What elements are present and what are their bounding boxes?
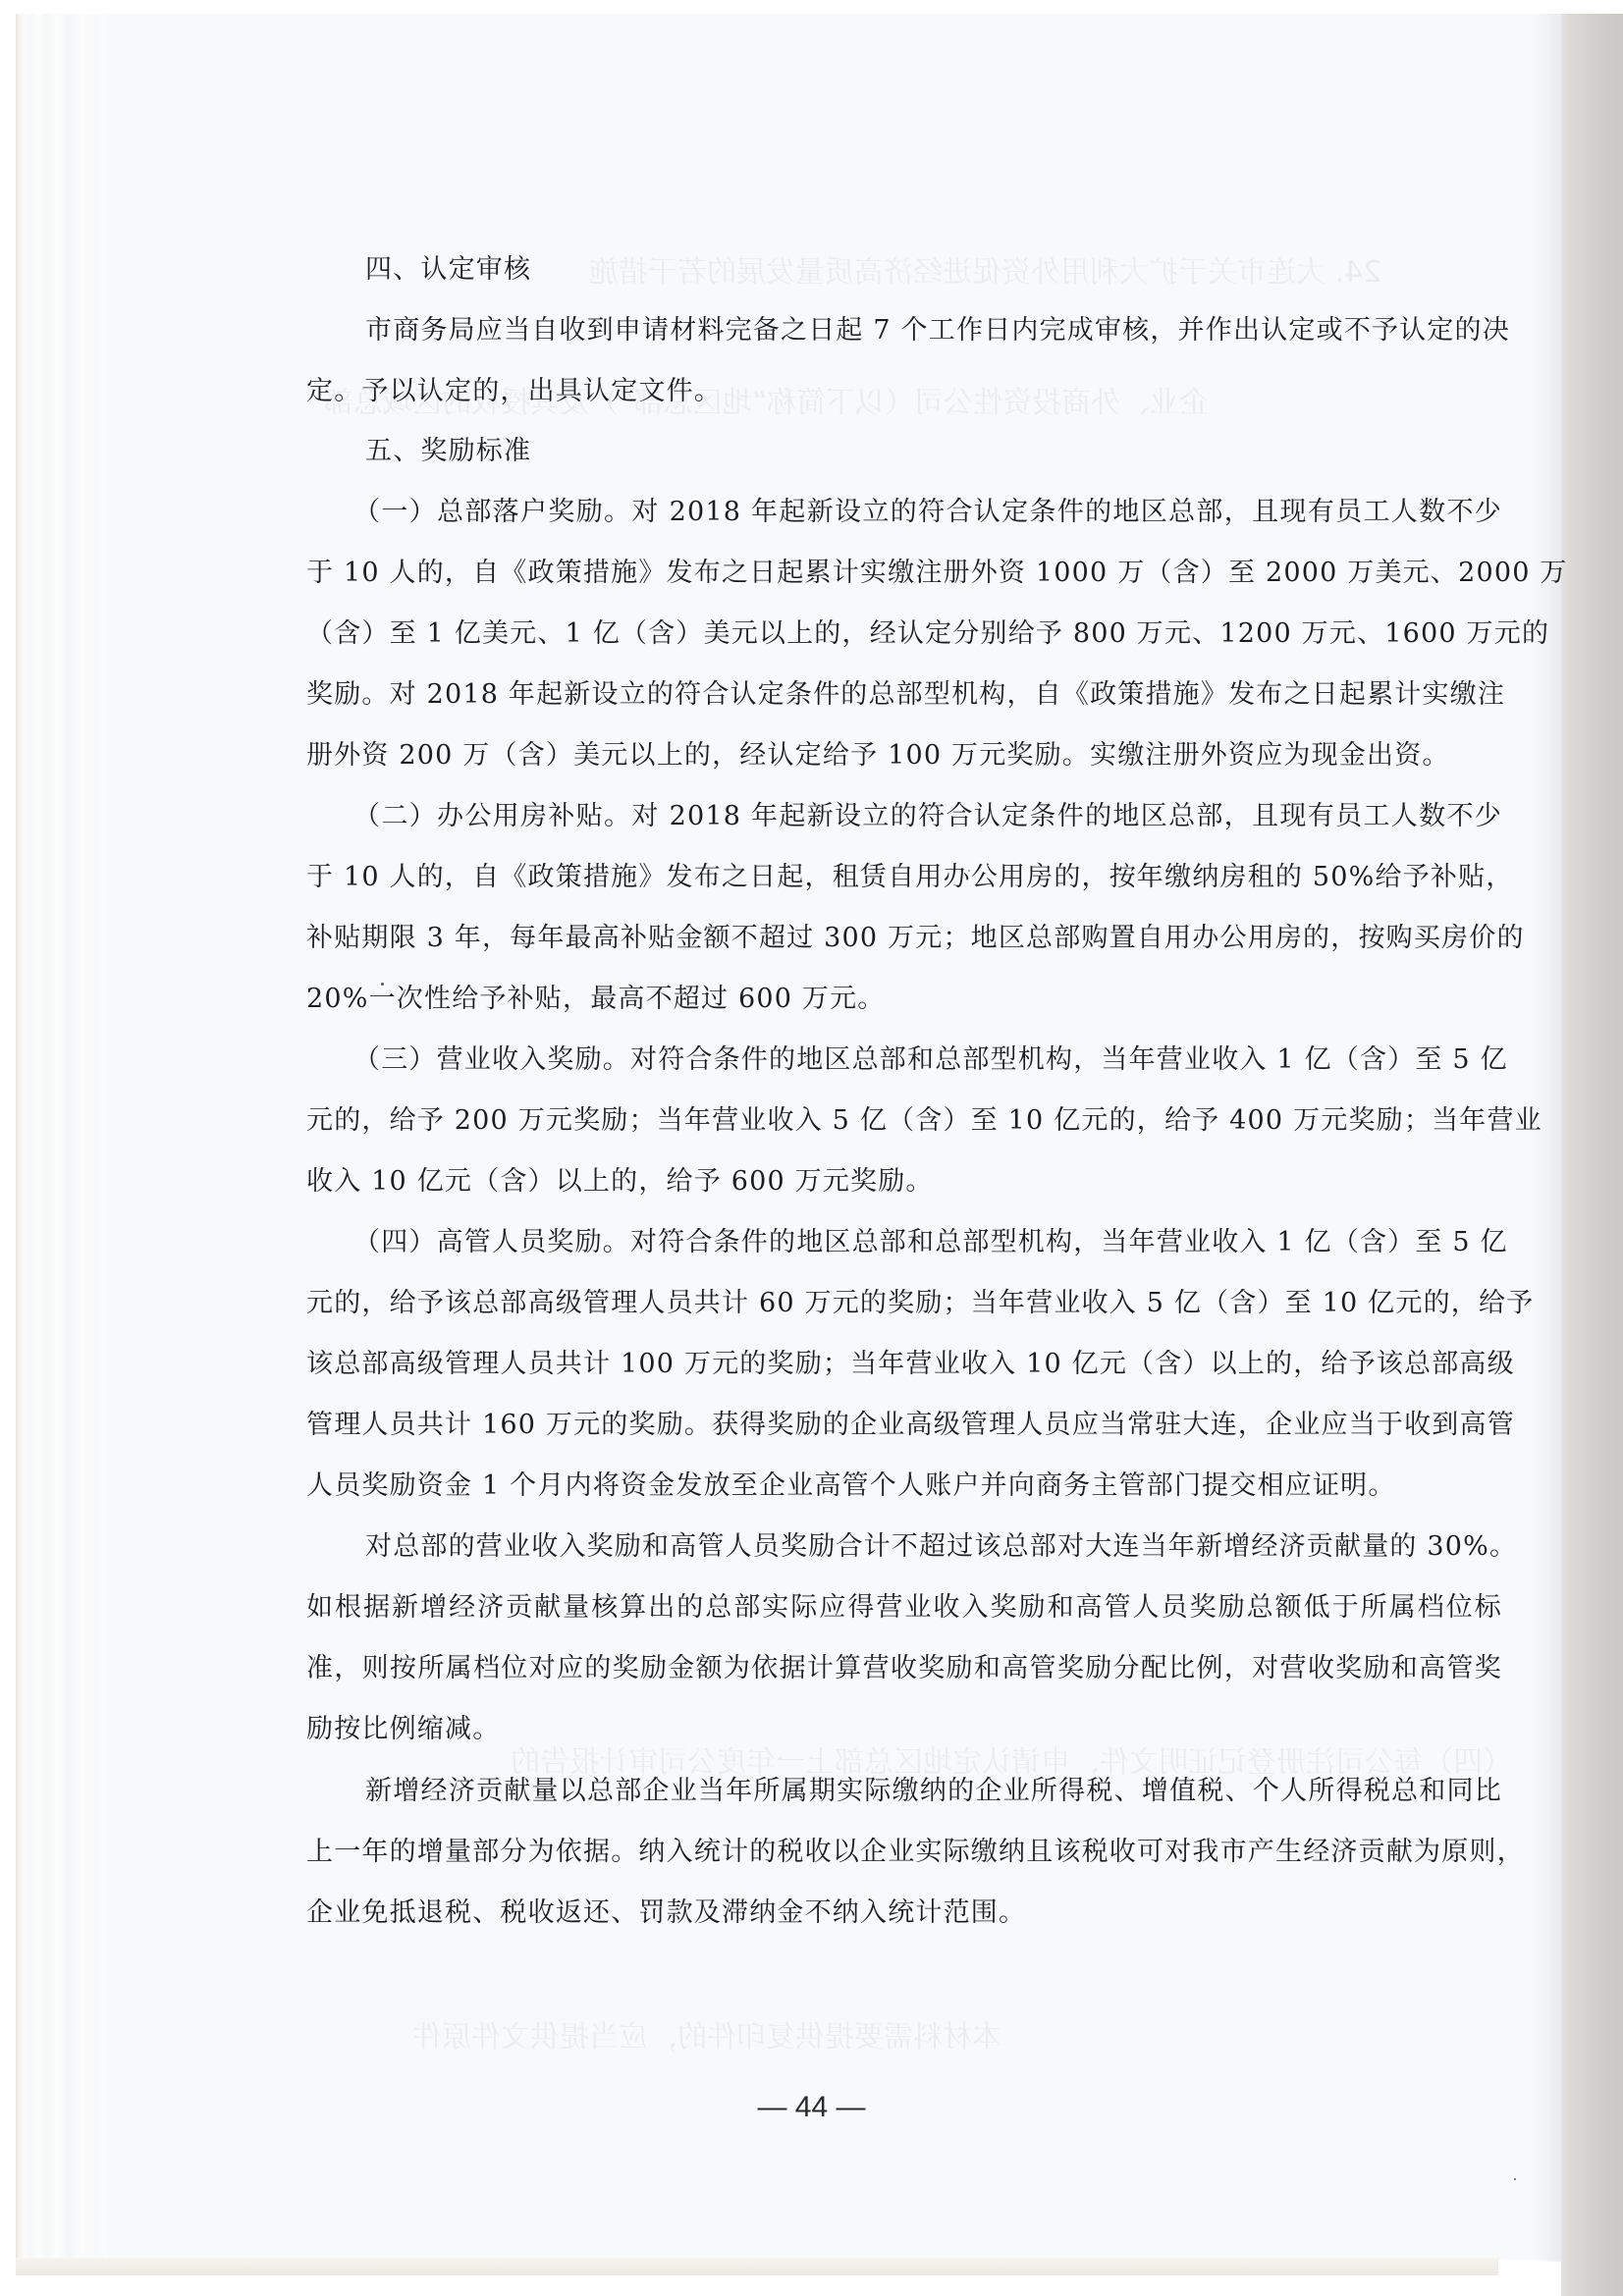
paragraph-line: （含）至 1 亿美元、1 亿（含）美元以上的，经认定分别给予 800 万元、12… — [306, 614, 1502, 654]
paragraph-line: （三）营业收入奖励。对符合条件的地区总部和总部型机构，当年营业收入 1 亿（含）… — [353, 1041, 1502, 1080]
paragraph-line: 定。予以认定的，出具认定文件。 — [306, 372, 722, 411]
page-stack-edge-left — [16, 14, 116, 2262]
paragraph-line: 于 10 人的，自《政策措施》发布之日起，租赁自用办公用房的，按年缴纳房租的 5… — [306, 858, 1502, 897]
scan-speck — [381, 983, 384, 986]
page-stack-edge-bottom — [16, 2258, 1498, 2275]
paragraph-line: 元的，给予该总部高级管理人员共计 60 万元的奖励；当年营业收入 5 亿（含）至… — [306, 1284, 1502, 1323]
bleed-through-text: 本材料需要提供复印件的，应当提供文件原件 — [412, 2012, 1001, 2056]
page-curl-shadow — [1532, 14, 1563, 2262]
paragraph-line: 励按比例缩减。 — [306, 1710, 500, 1749]
paragraph-line: 企业免抵退税、税收返还、罚款及滞纳金不纳入统计范围。 — [306, 1894, 1026, 1933]
scan-speck — [1514, 2178, 1516, 2180]
paragraph-line: 市商务局应当自收到申请材料完备之日起 7 个工作日内完成审核，并作出认定或不予认… — [365, 311, 1502, 350]
bleed-through-text: 24. 大连市关于扩大利用外资促进经济高质量发展的若干措施 — [589, 247, 1381, 291]
paragraph-line: 上一年的增量部分为依据。纳入统计的税收以企业实际缴纳且该税收可对我市产生经济贡献… — [306, 1833, 1502, 1872]
section-heading-review: 四、认定审核 — [365, 250, 531, 290]
scanner-bed-right-edge — [1561, 14, 1623, 2296]
paragraph-line: 收入 10 亿元（含）以上的，给予 600 万元奖励。 — [306, 1162, 934, 1201]
scan-top-margin — [0, 0, 1623, 14]
paragraph-line: 人员奖励资金 1 个月内将资金发放至企业高管个人账户并向商务主管部门提交相应证明… — [306, 1467, 1396, 1506]
paragraph-line: 册外资 200 万（含）美元以上的，经认定给予 100 万元奖励。实缴注册外资应… — [306, 736, 1450, 775]
paragraph-line: （四）高管人员奖励。对符合条件的地区总部和总部型机构，当年营业收入 1 亿（含）… — [353, 1223, 1502, 1262]
paragraph-line: （一）总部落户奖励。对 2018 年起新设立的符合认定条件的地区总部，且现有员工… — [353, 493, 1502, 532]
paragraph-line: （二）办公用房补贴。对 2018 年起新设立的符合认定条件的地区总部，且现有员工… — [353, 797, 1502, 836]
paragraph-line: 元的，给予 200 万元奖励；当年营业收入 5 亿（含）至 10 亿元的，给予 … — [306, 1101, 1502, 1141]
paragraph-line: 管理人员共计 160 万元的奖励。获得奖励的企业高级管理人员应当常驻大连，企业应… — [306, 1406, 1502, 1445]
paragraph-line: 奖励。对 2018 年起新设立的符合认定条件的总部型机构，自《政策措施》发布之日… — [306, 675, 1502, 715]
section-heading-reward-standards: 五、奖励标准 — [365, 432, 531, 471]
paragraph-line: 准，则按所属档位对应的奖励金额为依据计算营收奖励和高管奖励分配比例，对营收奖励和… — [306, 1649, 1502, 1688]
paragraph-line: 对总部的营业收入奖励和高管人员奖励合计不超过该总部对大连当年新增经济贡献量的 3… — [365, 1527, 1502, 1567]
scan-speck — [968, 870, 970, 872]
page-number: — 44 — — [0, 2091, 1623, 2124]
paragraph-line: 于 10 人的，自《政策措施》发布之日起累计实缴注册外资 1000 万（含）至 … — [306, 554, 1502, 593]
paragraph-line: 新增经济贡献量以总部企业当年所属期实际缴纳的企业所得税、增值税、个人所得税总和同… — [365, 1772, 1502, 1811]
paragraph-line: 20%一次性给予补贴，最高不超过 600 万元。 — [306, 980, 886, 1019]
paragraph-line: 该总部高级管理人员共计 100 万元的奖励；当年营业收入 10 亿元（含）以上的… — [306, 1345, 1502, 1384]
paragraph-line: 如根据新增经济贡献量核算出的总部实际应得营业收入奖励和高管人员奖励总额低于所属档… — [306, 1588, 1502, 1628]
paragraph-line: 补贴期限 3 年，每年最高补贴金额不超过 300 万元；地区总部购置自用办公用房… — [306, 919, 1502, 958]
